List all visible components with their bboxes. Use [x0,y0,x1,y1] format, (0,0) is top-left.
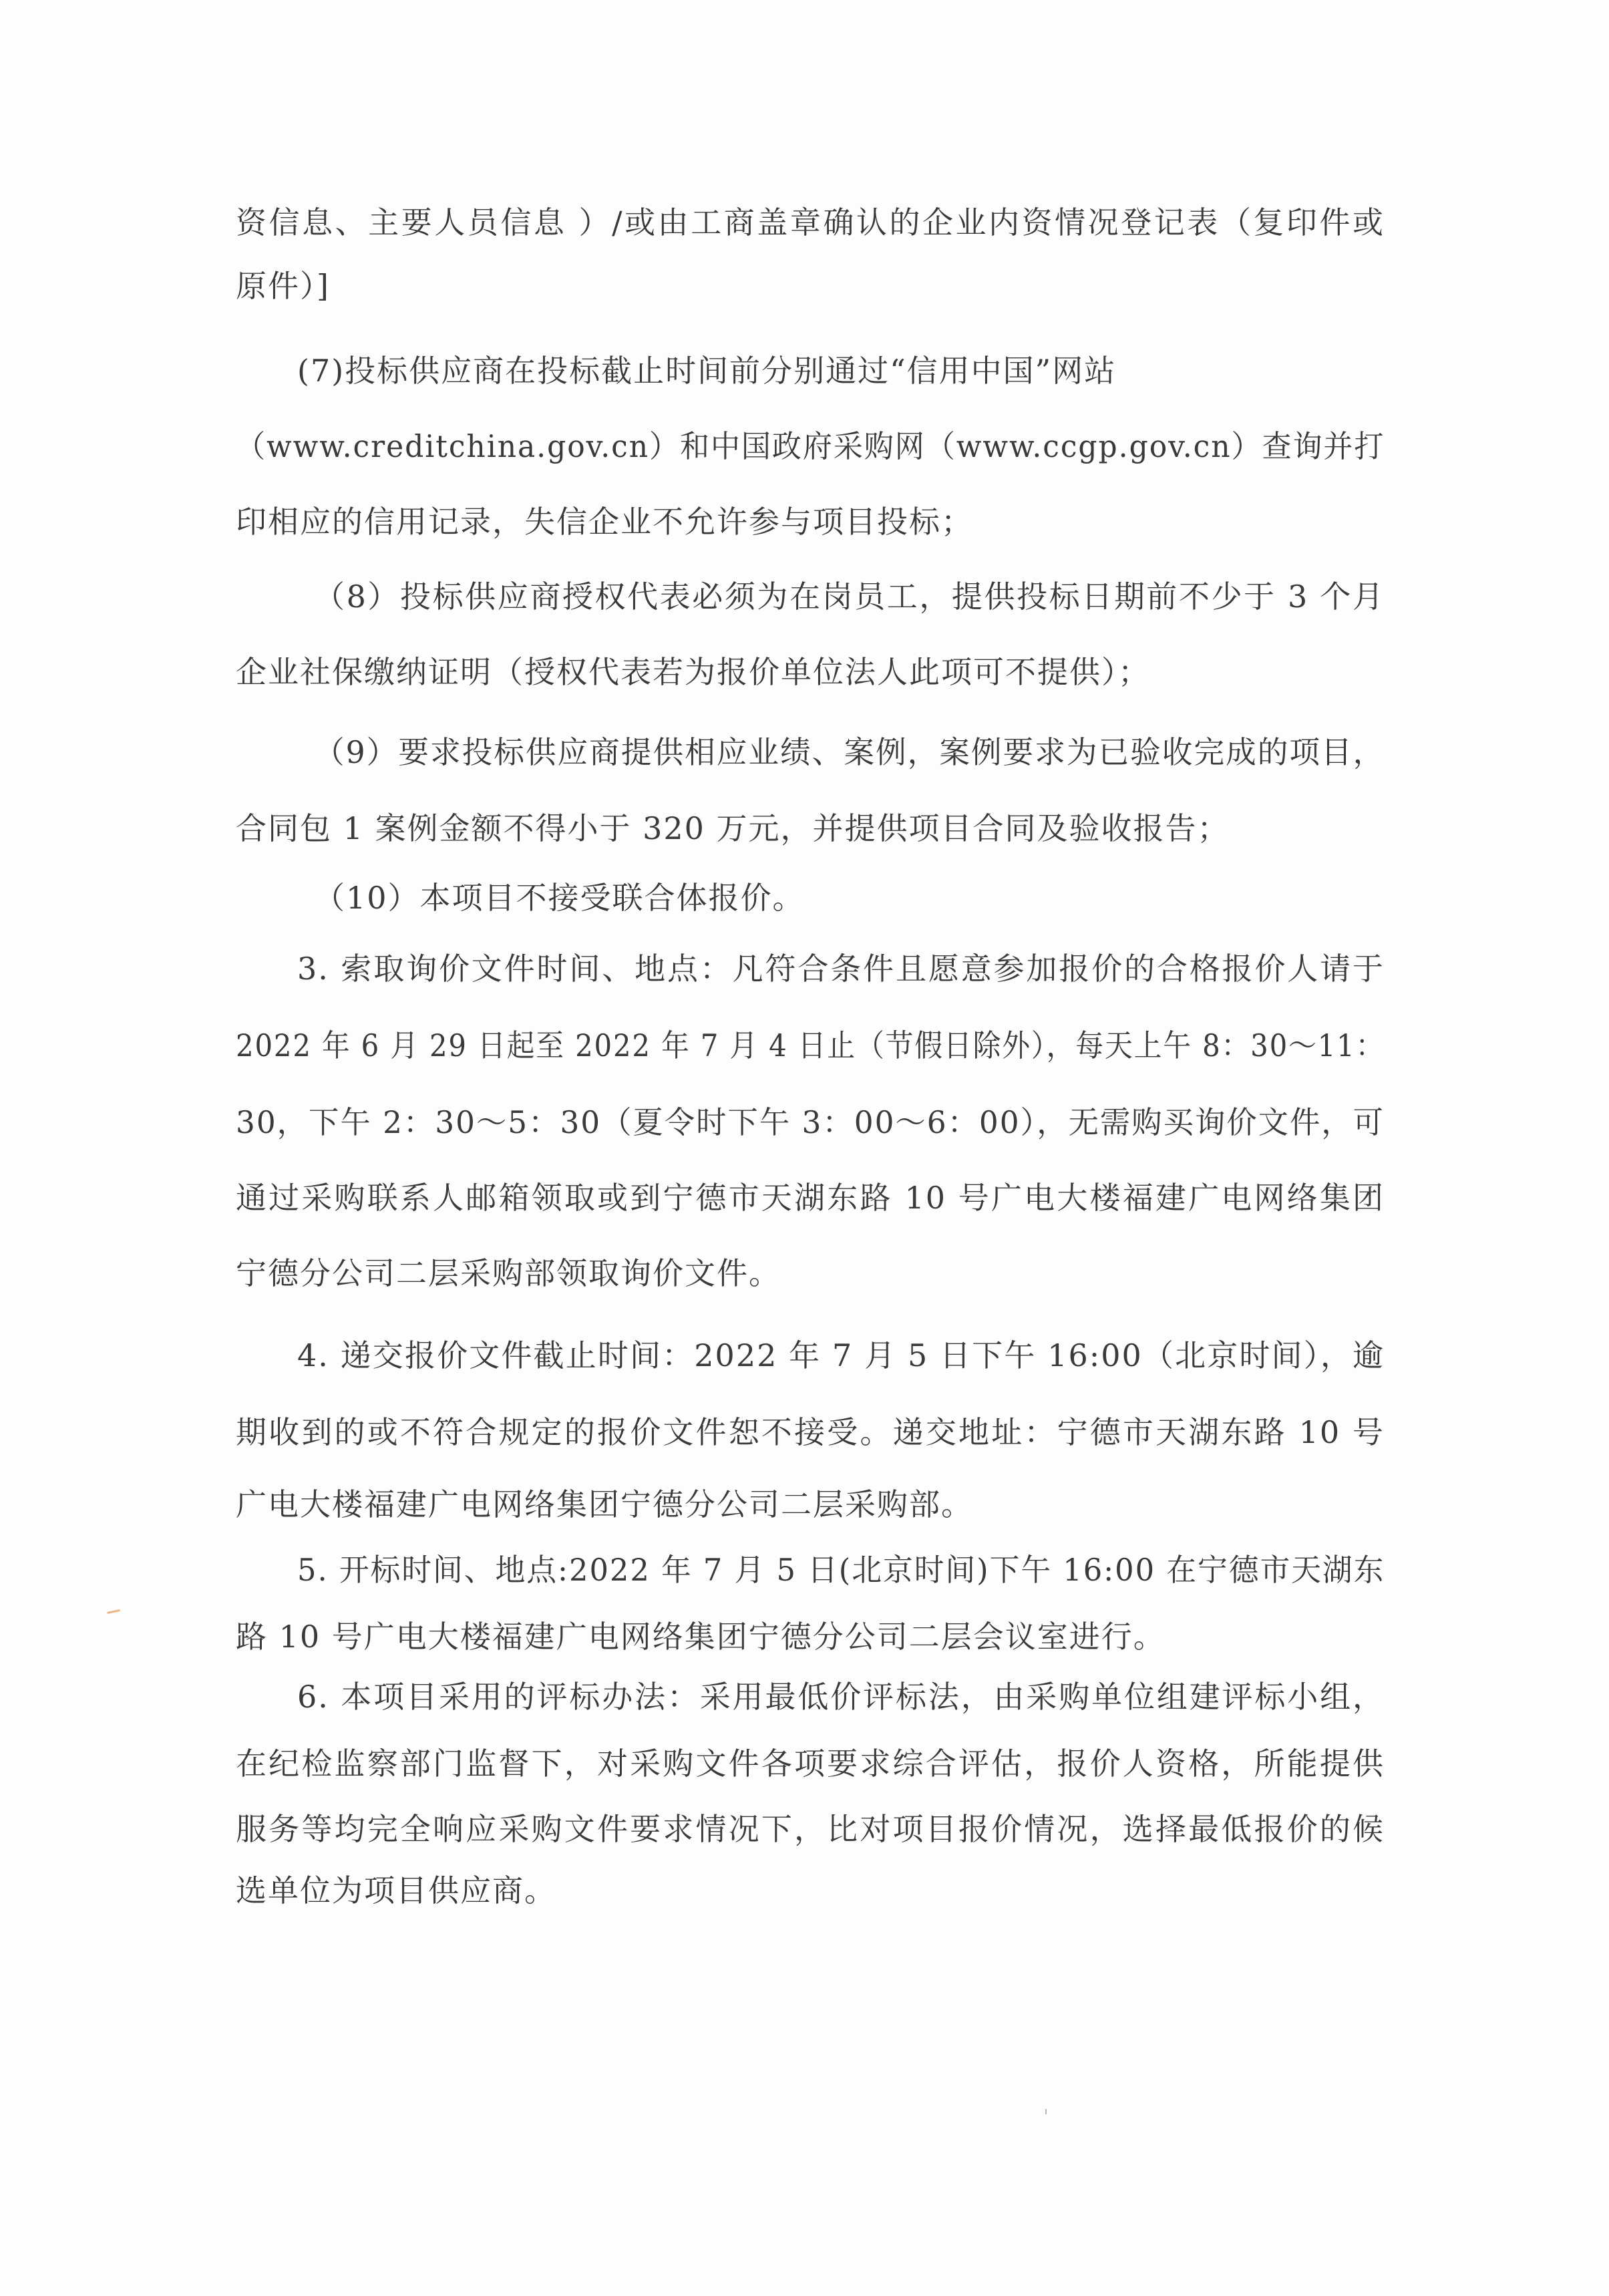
text-line: 3. 索取询价文件时间、地点：凡符合条件且愿意参加报价的合格报价人请于 [297,949,1385,989]
text-line: 2022 年 6 月 29 日起至 2022 年 7 月 4 日止（节假日除外）… [236,1025,1385,1065]
text-line: 5. 开标时间、地点:2022 年 7 月 5 日(北京时间)下午 16:00 … [297,1550,1385,1590]
scan-speck [1045,2109,1047,2114]
text-line: 4. 递交报价文件截止时间：2022 年 7 月 5 日下午 16:00（北京时… [297,1335,1385,1375]
text-line: 30，下午 2：30～5：30（夏令时下午 3：00～6：00），无需购买询价文… [236,1102,1385,1142]
text-line: 资信息、主要人员信息 ）/或由工商盖章确认的企业内资情况登记表（复印件或 [236,202,1385,242]
text-line: (7)投标供应商在投标截止时间前分别通过“信用中国”网站 [297,351,1385,391]
document-page: 资信息、主要人员信息 ）/或由工商盖章确认的企业内资情况登记表（复印件或 原件）… [0,0,1609,2296]
text-line: 在纪检监察部门监督下，对采购文件各项要求综合评估，报价人资格，所能提供 [236,1744,1385,1784]
text-line: 广电大楼福建广电网络集团宁德分公司二层采购部。 [236,1484,1385,1524]
text-line: 宁德分公司二层采购部领取询价文件。 [236,1253,1385,1293]
text-line: 路 10 号广电大楼福建广电网络集团宁德分公司二层会议室进行。 [236,1617,1385,1657]
text-line: 企业社保缴纳证明（授权代表若为报价单位法人此项可不提供）； [236,652,1385,692]
text-line: （8）投标供应商授权代表必须为在岗员工，提供投标日期前不少于 3 个月 [314,577,1385,617]
text-line: （9）要求投标供应商提供相应业绩、案例，案例要求为已验收完成的项目， [314,732,1385,772]
text-line: 选单位为项目供应商。 [236,1870,1385,1911]
text-line: 6. 本项目采用的评标办法：采用最低价评标法，由采购单位组建评标小组， [297,1677,1385,1717]
text-line: （10）本项目不接受联合体报价。 [314,878,1385,918]
text-line: 服务等均完全响应采购文件要求情况下，比对项目报价情况，选择最低报价的候 [236,1809,1385,1849]
text-line: 印相应的信用记录，失信企业不允许参与项目投标； [236,502,1385,542]
text-line: 原件）] [236,266,1385,306]
text-line: 通过采购联系人邮箱领取或到宁德市天湖东路 10 号广电大楼福建广电网络集团 [236,1178,1385,1218]
text-line: 合同包 1 案例金额不得小于 320 万元，并提供项目合同及验收报告； [236,808,1385,848]
text-line: （www.creditchina.gov.cn）和中国政府采购网（www.ccg… [236,426,1385,466]
text-line: 期收到的或不符合规定的报价文件恕不接受。递交地址：宁德市天湖东路 10 号 [236,1412,1385,1452]
scan-mark [107,1609,120,1614]
